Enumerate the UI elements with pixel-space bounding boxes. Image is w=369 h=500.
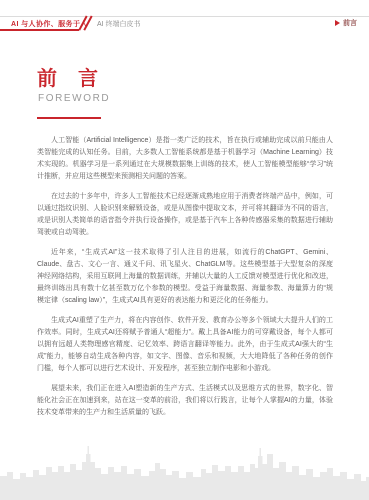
page-title: 前 言 [37,62,105,91]
breadcrumb-primary: AI 与人协作、服务于人 [11,19,88,29]
breadcrumb-secondary: AI 终端白皮书 [97,19,141,29]
header-divider [0,16,369,17]
page-subtitle: FOREWORD [38,93,110,104]
paragraph: 在过去的十多年中，许多人工智能技术已经逐渐成熟地应用于消费者终端产品中，例如，可… [37,191,333,239]
paragraph: 近年来，“生成式AI”这一技术取得了引人注目的进展，如流行的ChatGPT、Ge… [37,247,333,307]
triangle-right-icon [335,20,340,26]
paragraph: 人工智能（Artificial Intelligence）是指一类广泛的技术，旨… [37,135,333,183]
paragraph: 展望未来，我们正在进入AI塑造新的生产方式、生活模式以及思维方式的世界，数字化、… [37,383,333,419]
foreword-page: AI 与人协作、服务于人 AI 终端白皮书 前言 前 言 FOREWORD 人工… [0,0,369,500]
city-skyline-silhouette [0,442,369,500]
paragraph: 生成式AI重塑了生产力，将在内容创作、软件开发、教育办公等多个领域大大提升人们的… [37,315,333,375]
body-text: 人工智能（Artificial Intelligence）是指一类广泛的技术，旨… [37,135,333,427]
breadcrumb-underline [0,29,79,31]
header-section-label: 前言 [343,18,357,28]
title-underline [37,117,101,119]
header-section-indicator: 前言 [335,18,357,28]
